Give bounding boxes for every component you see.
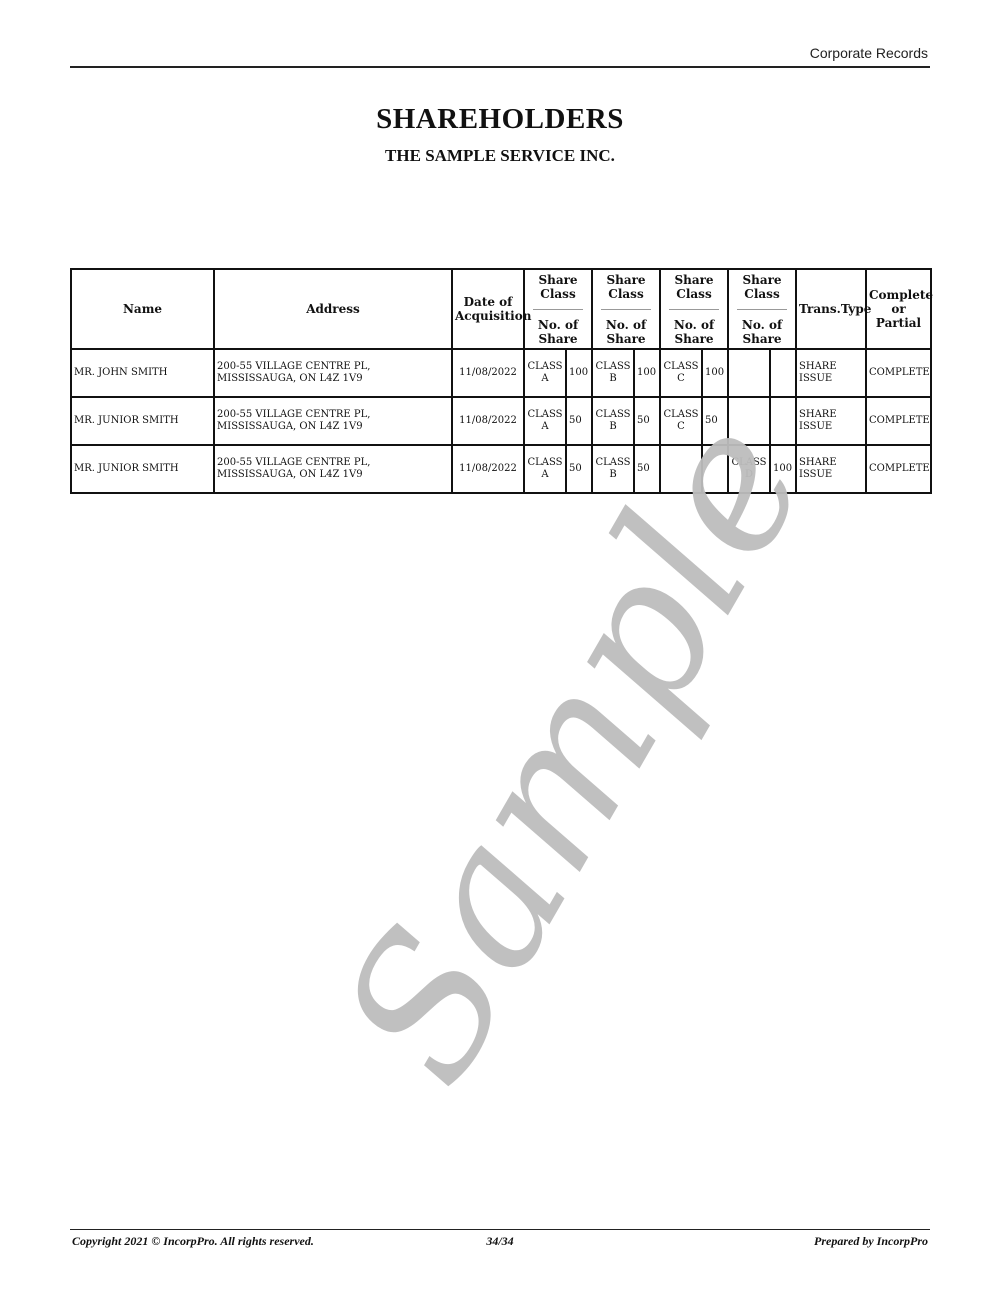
share-class (728, 349, 770, 397)
completion-status: COMPLETE (866, 349, 931, 397)
share-class: CLASS B (592, 349, 634, 397)
page-footer: Copyright 2021 © IncorpPro. All rights r… (72, 1234, 928, 1249)
shareholder-address: 200-55 VILLAGE CENTRE PL, MISSISSAUGA, O… (214, 397, 452, 445)
share-class (728, 397, 770, 445)
share-count: 100 (770, 445, 796, 493)
share-count: 50 (566, 397, 592, 445)
col-header-name: Name (71, 269, 214, 349)
share-count: 100 (566, 349, 592, 397)
header-divider-line (601, 309, 651, 310)
share-count (770, 349, 796, 397)
col-header-date: Date of Acquisition (452, 269, 524, 349)
trans-type: SHARE ISSUE (796, 349, 866, 397)
completion-status: COMPLETE (866, 397, 931, 445)
col-header-share-class-1: Share ClassNo. of Share (524, 269, 592, 349)
no-of-share-label: No. of Share (663, 318, 725, 346)
trans-type: SHARE ISSUE (796, 445, 866, 493)
share-count (702, 445, 728, 493)
page-number: 34/34 (72, 1234, 928, 1249)
share-class: CLASS D (728, 445, 770, 493)
share-class-label: Share Class (663, 273, 725, 301)
company-name: THE SAMPLE SERVICE INC. (0, 146, 1000, 166)
share-class: CLASS A (524, 349, 566, 397)
header-divider-line (533, 309, 583, 310)
share-count: 100 (634, 349, 660, 397)
share-class: CLASS A (524, 397, 566, 445)
share-class-label: Share Class (527, 273, 589, 301)
share-class: CLASS B (592, 397, 634, 445)
header-divider-line (669, 309, 719, 310)
share-count: 50 (634, 397, 660, 445)
col-header-share-class-4: Share ClassNo. of Share (728, 269, 796, 349)
shareholder-name: MR. JUNIOR SMITH (71, 397, 214, 445)
share-count: 50 (702, 397, 728, 445)
share-class (660, 445, 702, 493)
shareholder-address: 200-55 VILLAGE CENTRE PL, MISSISSAUGA, O… (214, 445, 452, 493)
header-divider (70, 66, 930, 68)
no-of-share-label: No. of Share (595, 318, 657, 346)
col-header-trans-type: Trans.Type (796, 269, 866, 349)
table-row: MR. JUNIOR SMITH 200-55 VILLAGE CENTRE P… (71, 397, 931, 445)
acquisition-date: 11/08/2022 (452, 349, 524, 397)
no-of-share-label: No. of Share (731, 318, 793, 346)
no-of-share-label: No. of Share (527, 318, 589, 346)
acquisition-date: 11/08/2022 (452, 445, 524, 493)
table-row: MR. JUNIOR SMITH 200-55 VILLAGE CENTRE P… (71, 445, 931, 493)
table-row: MR. JOHN SMITH 200-55 VILLAGE CENTRE PL,… (71, 349, 931, 397)
share-class: CLASS C (660, 397, 702, 445)
header-section-label: Corporate Records (810, 45, 928, 61)
shareholders-table: Name Address Date of Acquisition Share C… (70, 268, 932, 494)
table-header-row: Name Address Date of Acquisition Share C… (71, 269, 931, 349)
share-count: 100 (702, 349, 728, 397)
shareholder-address: 200-55 VILLAGE CENTRE PL, MISSISSAUGA, O… (214, 349, 452, 397)
share-count (770, 397, 796, 445)
share-class: CLASS B (592, 445, 634, 493)
sample-watermark: Sample (299, 384, 850, 1117)
share-class: CLASS A (524, 445, 566, 493)
shareholder-name: MR. JUNIOR SMITH (71, 445, 214, 493)
share-class: CLASS C (660, 349, 702, 397)
share-class-label: Share Class (731, 273, 793, 301)
shareholder-name: MR. JOHN SMITH (71, 349, 214, 397)
acquisition-date: 11/08/2022 (452, 397, 524, 445)
col-header-share-class-3: Share ClassNo. of Share (660, 269, 728, 349)
trans-type: SHARE ISSUE (796, 397, 866, 445)
col-header-address: Address (214, 269, 452, 349)
completion-status: COMPLETE (866, 445, 931, 493)
footer-divider (70, 1229, 930, 1230)
col-header-share-class-2: Share ClassNo. of Share (592, 269, 660, 349)
col-header-complete: Complete or Partial (866, 269, 931, 349)
share-count: 50 (566, 445, 592, 493)
share-count: 50 (634, 445, 660, 493)
header-divider-line (737, 309, 787, 310)
page-title: SHAREHOLDERS (0, 103, 1000, 136)
share-class-label: Share Class (595, 273, 657, 301)
